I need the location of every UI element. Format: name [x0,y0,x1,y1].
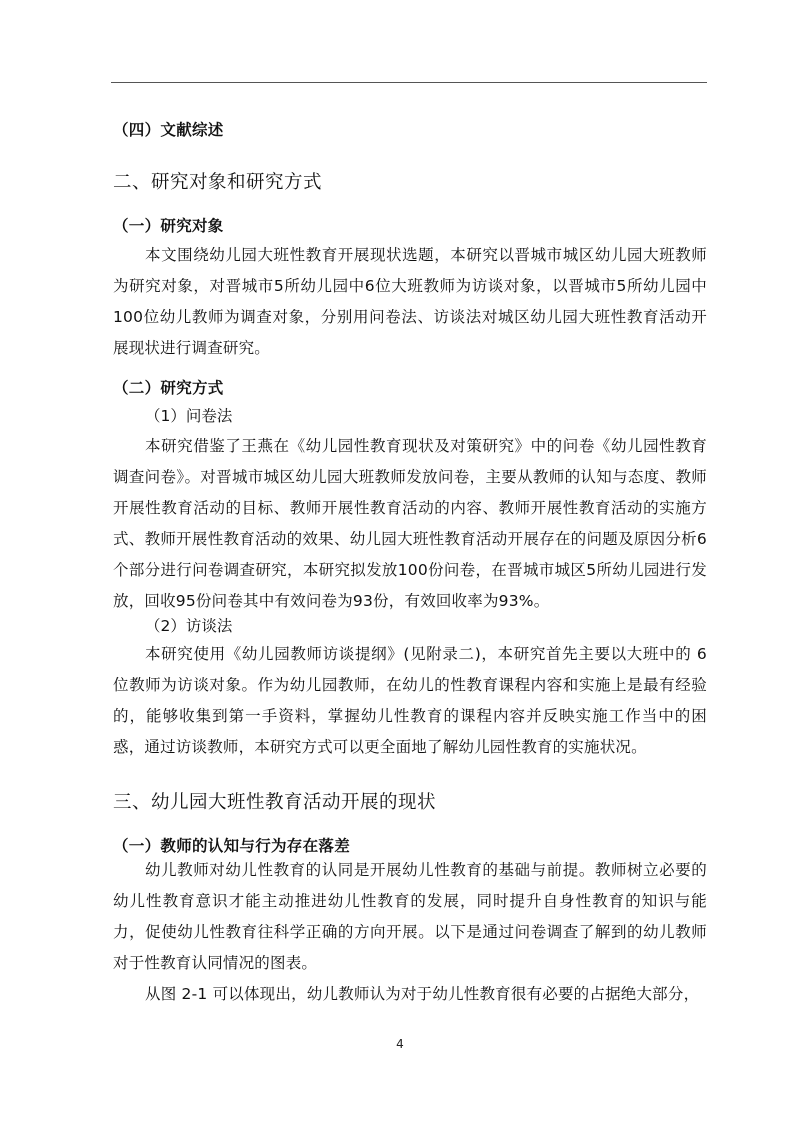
paragraph-interview: 本研究使用《幼儿园教师访谈提纲》(见附录二)，本研究首先主要以大班中的 6 位教… [113,639,707,763]
chapter-heading-current-status: 三、幼儿园大班性教育活动开展的现状 [113,788,707,814]
page-number: 4 [0,1037,800,1051]
chapter-heading-research-subject-method: 二、研究对象和研究方式 [113,168,707,194]
header-rule [111,82,707,83]
heading-research-method: （二）研究方式 [113,376,707,398]
paragraph-questionnaire: 本研究借鉴了王燕在《幼儿园性教育现状及对策研究》中的问卷《幼儿园性教育调查问卷》… [113,431,707,617]
heading-teacher-gap: （一）教师的认知与行为存在落差 [113,834,707,856]
paragraph-research-subject: 本文围绕幼儿园大班性教育开展现状选题，本研究以晋城市城区幼儿园大班教师为研究对象… [113,240,707,364]
subheading-interview: （2）访谈法 [113,614,739,636]
paragraph-teacher-recognition: 幼儿教师对幼儿性教育的认同是开展幼儿性教育的基础与前提。教师树立必要的幼儿性教育… [113,855,707,979]
heading-research-subject: （一）研究对象 [113,214,707,236]
subheading-questionnaire: （1）问卷法 [113,404,739,426]
heading-literature-review: （四）文献综述 [113,118,707,140]
paragraph-figure-reference: 从图 2-1 可以体现出，幼儿教师认为对于幼儿性教育很有必要的占据绝大部分， [113,979,707,1010]
